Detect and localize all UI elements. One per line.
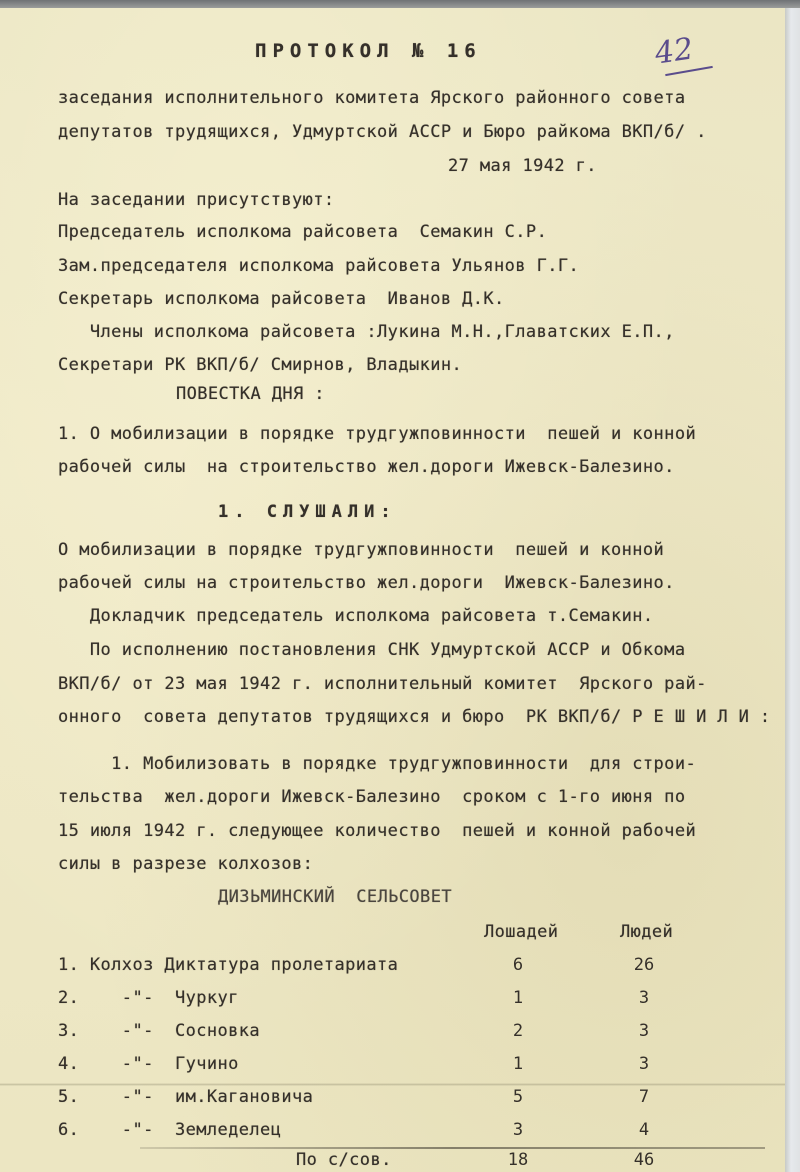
- table-row-label: 3. -"- Сосновка: [58, 1021, 260, 1041]
- resolution-line: ВКП/б/ от 23 мая 1942 г. исполнительный …: [58, 674, 707, 694]
- attendee-line: Члены исполкома райсовета :Лукина М.Н.,Г…: [58, 322, 675, 342]
- table-row-label: 1. Колхоз Диктатура пролетариата: [58, 955, 398, 975]
- table-row-label: 6. -"- Земледелец: [58, 1120, 281, 1140]
- total-label: По с/сов.: [296, 1150, 392, 1170]
- table-row-people: 3: [614, 988, 674, 1008]
- table-row-horses: 1: [488, 988, 548, 1008]
- agenda-line: 1. О мобилизации в порядке трудгужповинн…: [58, 424, 696, 444]
- speaker-line: Докладчик председатель исполкома райсове…: [58, 606, 654, 626]
- scan-right-border: [785, 8, 800, 1172]
- heard-line: рабочей силы на строительство жел.дороги…: [58, 573, 675, 593]
- decision-line: тельства жел.дороги Ижевск-Балезино срок…: [58, 787, 685, 807]
- attendee-line: Председатель исполкома райсовета Семакин…: [58, 222, 547, 242]
- meeting-date: 27 мая 1942 г.: [448, 156, 597, 176]
- total-rule: [140, 1147, 765, 1149]
- archive-page-number: 42: [653, 32, 696, 72]
- table-row-label: 2. -"- Чуркуг: [58, 988, 239, 1008]
- table-row-horses: 6: [488, 955, 548, 975]
- table-row-horses: 3: [488, 1120, 548, 1140]
- decision-line: силы в разрезе колхозов:: [58, 854, 313, 874]
- table-row-people: 3: [614, 1021, 674, 1041]
- table-row-people: 3: [614, 1054, 674, 1074]
- table-row-people: 4: [614, 1120, 674, 1140]
- table-row-horses: 5: [488, 1087, 548, 1107]
- document-title: ПРОТОКОЛ № 16: [255, 40, 482, 62]
- total-horses: 18: [488, 1150, 548, 1170]
- present-heading: На заседании присутствуют:: [58, 190, 335, 210]
- table-row-label: 5. -"- им.Кагановича: [58, 1087, 313, 1107]
- table-row-horses: 1: [488, 1054, 548, 1074]
- attendee-line: Зам.председателя исполкома райсовета Уль…: [58, 256, 579, 276]
- attendee-line: Секретари РК ВКП/б/ Смирнов, Владыкин.: [58, 355, 462, 375]
- agenda-line: рабочей силы на строительство жел.дороги…: [58, 457, 675, 477]
- heard-heading: 1. СЛУШАЛИ:: [218, 502, 397, 522]
- attendee-line: Секретарь исполкома райсовета Иванов Д.К…: [58, 289, 505, 309]
- heard-line: О мобилизации в порядке трудгужповинност…: [58, 540, 664, 560]
- table-row-label: 4. -"- Гучино: [58, 1054, 239, 1074]
- table-row-horses: 2: [488, 1021, 548, 1041]
- decision-line: 1. Мобилизовать в порядке трудгужповинно…: [58, 754, 696, 774]
- table-row-people: 26: [614, 955, 674, 975]
- column-header-people: Людей: [620, 922, 673, 942]
- subtitle-line-2: депутатов трудящихся, Удмуртской АССР и …: [58, 122, 707, 142]
- resolution-line: По исполнению постановления СНК Удмуртск…: [58, 640, 685, 660]
- total-people: 46: [614, 1150, 674, 1170]
- table-section-title: ДИЗЬМИНСКИЙ СЕЛЬСОВЕТ: [218, 887, 452, 907]
- paper-fold-line: [0, 1083, 785, 1086]
- scan-top-border: [0, 0, 800, 8]
- decision-line: 15 июля 1942 г. следующее количество пеш…: [58, 821, 696, 841]
- agenda-heading: ПОВЕСТКА ДНЯ :: [176, 384, 325, 404]
- column-header-horses: Лошадей: [484, 922, 558, 942]
- subtitle-line-1: заседания исполнительного комитета Ярско…: [58, 88, 685, 108]
- resolution-line: онного совета депутатов трудящихся и бюр…: [58, 707, 771, 727]
- table-row-people: 7: [614, 1087, 674, 1107]
